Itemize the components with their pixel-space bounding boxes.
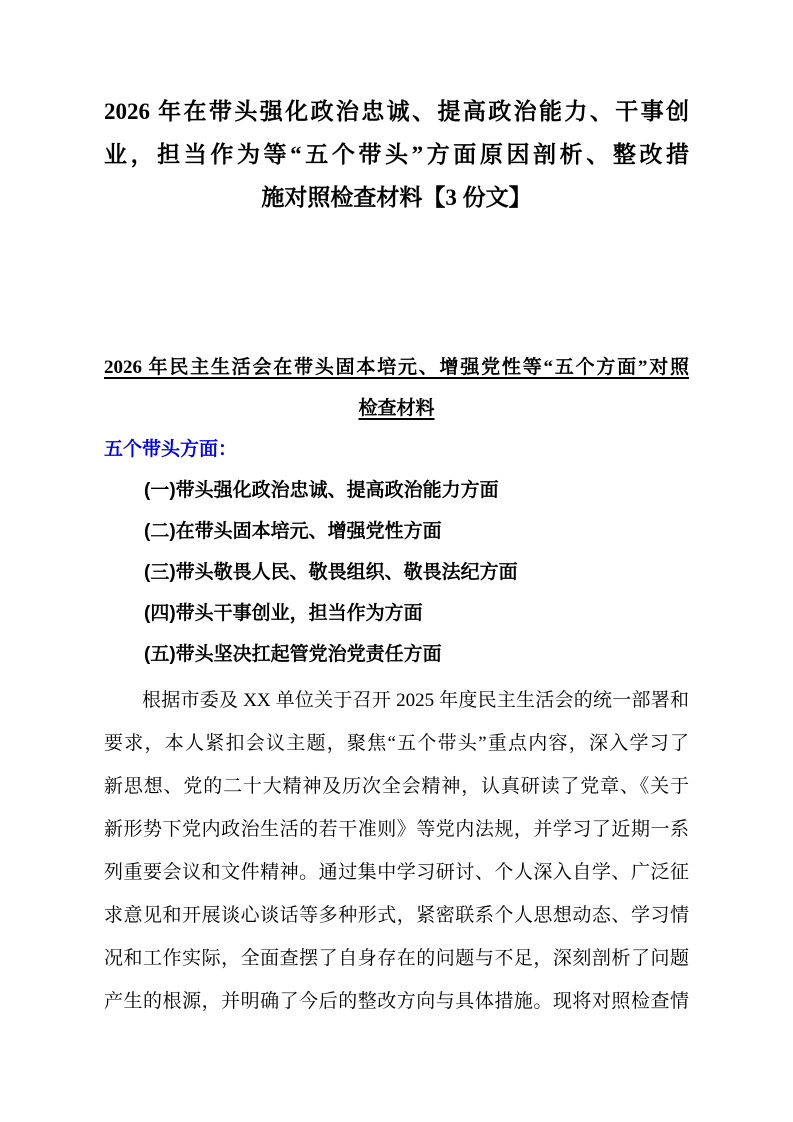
list-item-5: (五)带头坚决扛起管党治党责任方面 bbox=[104, 634, 689, 675]
paragraph-line: 求意见和开展谈心谈话等多种形式，紧密联系个人思想动态、学习情 bbox=[104, 894, 689, 937]
paragraph-line: 根据市委及 XX 单位关于召开 2025 年度民主生活会的统一部署和 bbox=[104, 679, 689, 722]
paragraph-line: 新形势下党内政治生活的若干准则》等党内法规，并学习了近期一系 bbox=[104, 808, 689, 851]
section-heading-line-2: 检查材料 bbox=[104, 388, 689, 429]
list: (一)带头强化政治忠诚、提高政治能力方面 (二)在带头固本培元、增强党性方面 (… bbox=[104, 470, 689, 675]
list-item-3: (三)带头敬畏人民、敬畏组织、敬畏法纪方面 bbox=[104, 552, 689, 593]
list-item-1: (一)带头强化政治忠诚、提高政治能力方面 bbox=[104, 470, 689, 511]
paragraph-line: 况和工作实际，全面查摆了自身存在的问题与不足，深刻剖析了问题 bbox=[104, 937, 689, 980]
section-heading-underlined-text-2: 检查材料 bbox=[358, 398, 434, 419]
section-heading-line-1: 2026 年民主生活会在带头固本培元、增强党性等“五个方面”对照 bbox=[104, 347, 689, 388]
paragraph-line: 新思想、党的二十大精神及历次全会精神，认真研读了党章、《关于 bbox=[104, 765, 689, 808]
paragraph-line: 要求，本人紧扣会议主题，聚焦“五个带头”重点内容，深入学习了 bbox=[104, 722, 689, 765]
section-heading-underlined-text-1: 2026 年民主生活会在带头固本培元、增强党性等“五个方面”对照 bbox=[104, 357, 689, 378]
document-page: 2026 年在带头强化政治忠诚、提高政治能力、干事创 业，担当作为等“五个带头”… bbox=[0, 0, 793, 1122]
document-title: 2026 年在带头强化政治忠诚、提高政治能力、干事创 业，担当作为等“五个带头”… bbox=[104, 90, 689, 219]
section-heading: 2026 年民主生活会在带头固本培元、增强党性等“五个方面”对照 检查材料 bbox=[104, 347, 689, 429]
title-line-1: 2026 年在带头强化政治忠诚、提高政治能力、干事创 bbox=[104, 90, 689, 133]
paragraph-line: 列重要会议和文件精神。通过集中学习研讨、个人深入自学、广泛征 bbox=[104, 851, 689, 894]
title-line-2: 业，担当作为等“五个带头”方面原因剖析、整改措 bbox=[104, 133, 689, 176]
title-line-3: 施对照检查材料【3 份文】 bbox=[104, 176, 689, 219]
paragraph-line: 产生的根源，并明确了今后的整改方向与具体措施。现将对照检查情 bbox=[104, 980, 689, 1023]
list-title: 五个带头方面： bbox=[104, 429, 689, 470]
list-item-4: (四)带头干事创业，担当作为方面 bbox=[104, 593, 689, 634]
list-item-2: (二)在带头固本培元、增强党性方面 bbox=[104, 511, 689, 552]
body-paragraph: 根据市委及 XX 单位关于召开 2025 年度民主生活会的统一部署和 要求，本人… bbox=[104, 679, 689, 1023]
